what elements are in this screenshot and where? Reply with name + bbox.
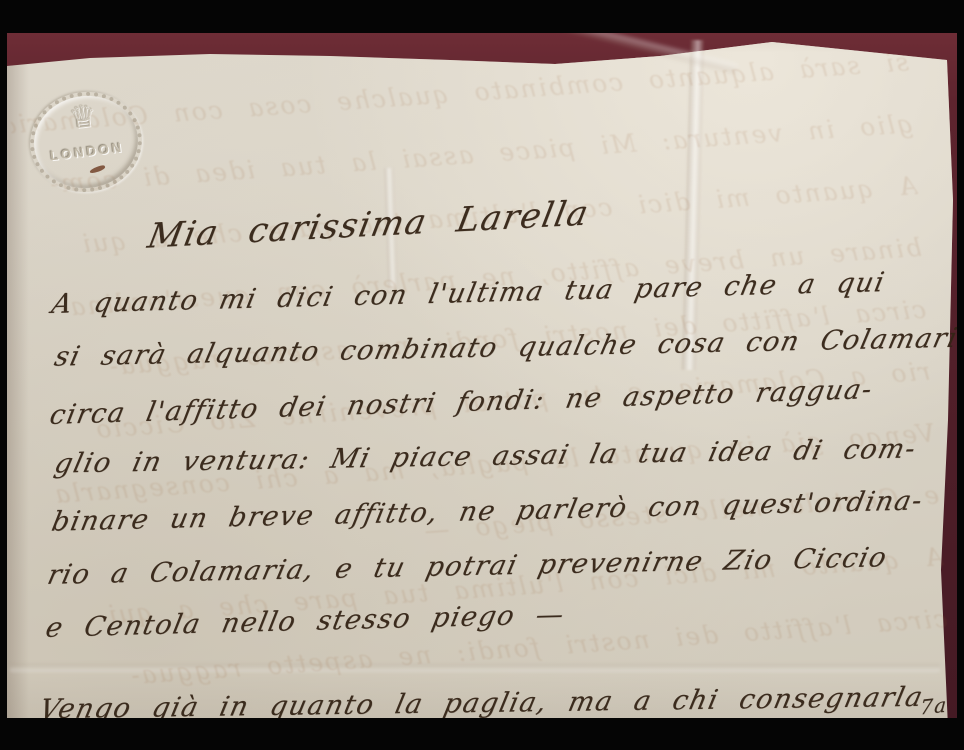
cut-off-corner-mark: 7a <box>920 692 949 719</box>
photo-letterbox-top <box>0 0 964 33</box>
letter-photograph: si sarà alquanto combinato qualche cosa … <box>0 0 964 750</box>
photo-letterbox-left <box>0 0 7 750</box>
photo-letterbox-bottom <box>0 718 964 750</box>
embossed-london-stamp: ♕ LONDON <box>24 86 147 199</box>
photo-letterbox-right <box>957 0 964 750</box>
